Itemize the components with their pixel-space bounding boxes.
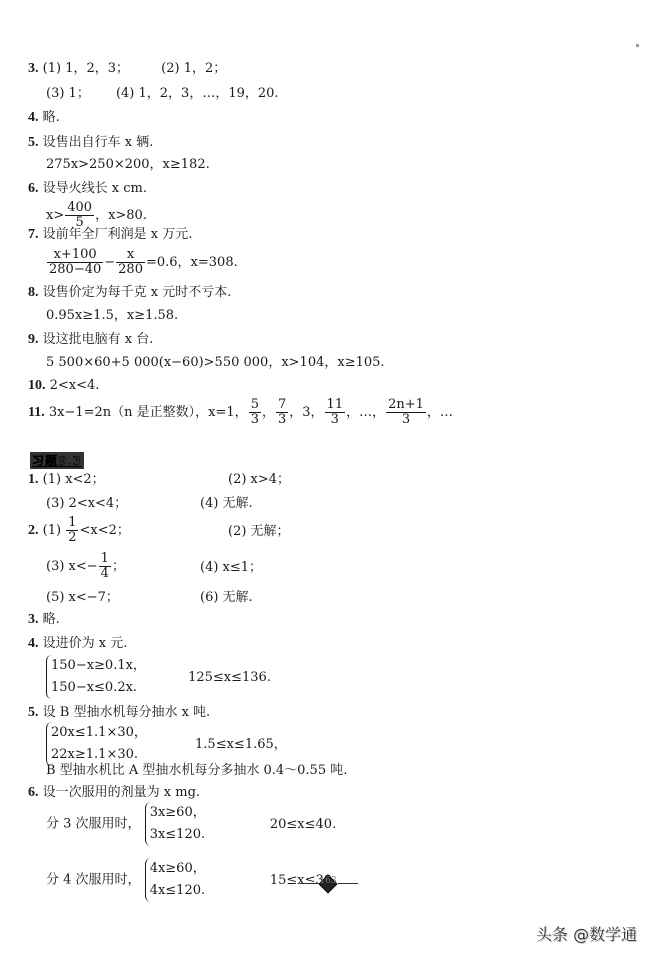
q3-line1: 3. (1) 1，2，3； (2) 1，2； (28, 61, 226, 77)
p2-q1-line2: (3) 2<x<4； (4) 无解. (46, 496, 127, 512)
q3-line2: (3) 1； (4) 1，2，3，…，19，20. (46, 86, 279, 102)
q6-line2: x>4005，x>80. (46, 201, 147, 230)
p2-q6-line1: 6. 设一次服用的剂量为 x mg. (28, 785, 200, 801)
q5-line1: 5. 设售出自行车 x 辆. (28, 135, 153, 151)
fraction: 113 (325, 398, 346, 427)
inequality-system: 20x≤1.1×30，22x≥1.1×30. (46, 722, 147, 766)
q7-line1: 7. 设前年全厂利润是 x 万元. (28, 227, 192, 243)
inequality-system: 150−x≥0.1x，150−x≤0.2x. (46, 655, 146, 699)
q11-line: 11. 3x−1=2n（n 是正整数），x=1，53，73，3，113，…，2n… (28, 398, 453, 427)
q10-line: 10. 2<x<4. (28, 378, 99, 394)
q9-line1: 9. 设这批电脑有 x 台. (28, 332, 153, 348)
scan-speck (636, 44, 639, 47)
p2-q5-line1: 5. 设 B 型抽水机每分抽水 x 吨. (28, 705, 210, 721)
inequality-system: 4x≥60，4x≤120. (145, 858, 206, 902)
q7-line2: x+100280−40−x280=0.6，x=308. (46, 248, 238, 277)
q4-line: 4. 略. (28, 110, 60, 126)
p2-q3-line: 3. 略. (28, 612, 60, 628)
q6-line1: 6. 设导火线长 x cm. (28, 181, 147, 197)
q9-line2: 5 500×60+5 000(x−60)>550 000，x>104，x≥105… (46, 355, 385, 371)
q8-line1: 8. 设售价定为每千克 x 元时不亏本. (28, 285, 231, 301)
p2-q6-case1: 分 3 次服用时， 3x≥60，3x≤120. 20≤x≤40. (46, 802, 336, 846)
p2-q5-system: 20x≤1.1×30，22x≥1.1×30. 1.5≤x≤1.65， (46, 722, 287, 766)
inequality-system: 3x≥60，3x≤120. (145, 802, 206, 846)
fraction: x280 (116, 248, 145, 277)
q8-line2: 0.95x≥1.5，x≥1.58. (46, 308, 178, 324)
q5-line2: 275x>250×200，x≥182. (46, 157, 210, 173)
section-title: 习题9.3 (30, 452, 84, 469)
fraction: 14 (99, 552, 111, 581)
fraction: 53 (249, 398, 261, 427)
p2-q6-case2: 分 4 次服用时， 4x≥60，4x≤120. 15≤x≤30. (46, 858, 336, 902)
p2-q4-line1: 4. 设进价为 x 元. (28, 636, 127, 652)
p2-q1-line1: 1. (1) x<2； (2) x>4； (28, 472, 105, 488)
p2-q2-line2: (3) x<−14； (4) x≤1； (46, 552, 125, 581)
fraction: x+100280−40 (47, 248, 103, 277)
fraction: 73 (276, 398, 288, 427)
fraction: 2n+13 (386, 398, 426, 427)
p2-q5-line3: B 型抽水机比 A 型抽水机每分多抽水 0.4～0.55 吨. (46, 763, 347, 779)
page-number: 163 (300, 875, 358, 891)
p2-q4-system: 150−x≥0.1x，150−x≤0.2x. 125≤x≤136. (46, 655, 271, 699)
p2-q2-line3: (5) x<−7； (6) 无解. (46, 590, 119, 606)
p2-q2-line1: 2. (1) 12<x<2； (2) 无解； (28, 516, 130, 545)
watermark: 头条 @数学通 (536, 922, 637, 945)
fraction: 12 (66, 516, 78, 545)
fraction: 4005 (65, 201, 94, 230)
ornament-rule-right (338, 883, 358, 884)
